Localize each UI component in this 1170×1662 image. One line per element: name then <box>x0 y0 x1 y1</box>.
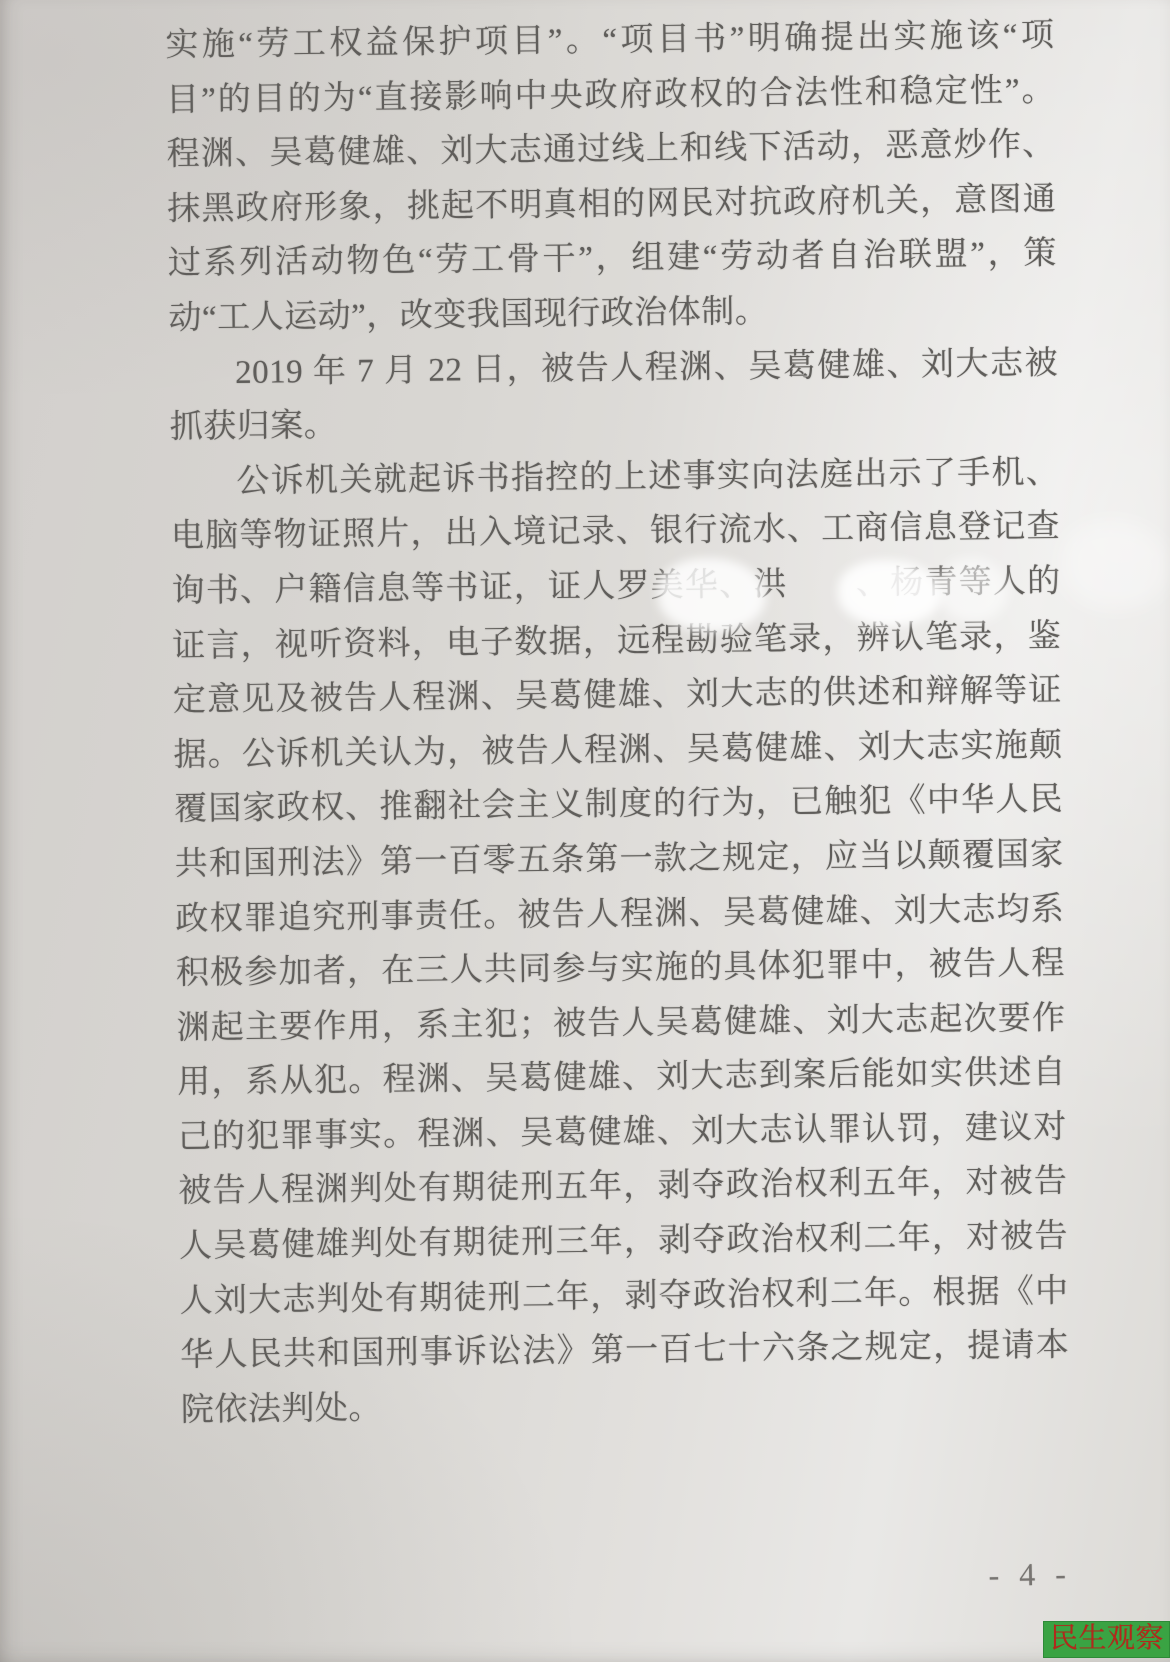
text-line: 抹黑政府形象，挑起不明真相的网民对抗政府机关，意图通 <box>167 172 1057 237</box>
text-line: 人刘大志判处有期徒刑二年，剥夺政治权利二年。根据《中 <box>179 1264 1069 1329</box>
text-line: 抓获归案。 <box>169 391 1059 456</box>
text-line: 过系列活动物色“劳工骨干”，组建“劳动者自治联盟”，策 <box>168 227 1058 292</box>
text-line: 渊起主要作用，系主犯；被告人吴葛健雄、刘大志起次要作 <box>176 991 1066 1056</box>
text-line: 华人民共和国刑事诉讼法》第一百七十六条之规定，提请本 <box>180 1319 1070 1384</box>
text-line: 积极参加者，在三人共同参与实施的具体犯罪中，被告人程 <box>176 937 1066 1002</box>
text-line: 用，系从犯。程渊、吴葛健雄、刘大志到案后能如实供述自 <box>177 1046 1067 1111</box>
page-number: - 4 - <box>183 1555 1073 1608</box>
text-line: 定意见及被告人程渊、吴葛健雄、刘大志的供述和辩解等证 <box>173 664 1063 729</box>
text-line: 被告人程渊判处有期徒刑五年，剥夺政治权利五年，对被告 <box>178 1155 1068 1220</box>
text-line: 院依法判处。 <box>181 1373 1071 1438</box>
text-line: 己的犯罪事实。程渊、吴葛健雄、刘大志认罪认罚，建议对 <box>178 1100 1068 1165</box>
text-line: 2019 年 7 月 22 日，被告人程渊、吴葛健雄、刘大志被 <box>169 336 1059 401</box>
watermark-badge: 民生观察 <box>1043 1621 1170 1658</box>
text-line: 共和国刑法》第一百零五条第一款之规定，应当以颠覆国家 <box>174 827 1064 892</box>
text-line: 动“工人运动”，改变我国现行政治体制。 <box>168 282 1058 347</box>
text-line: 据。公诉机关认为，被告人程渊、吴葛健雄、刘大志实施颠 <box>173 718 1063 783</box>
paper-sheet: 实施“劳工权益保护项目”。“项目书”明确提出实施该“项目”的目的为“直接影响中央… <box>0 0 1170 1662</box>
text-line: 电脑等物证照片，出入境记录、银行流水、工商信息登记查 <box>171 500 1061 565</box>
text-line: 覆国家政权、推翻社会主义制度的行为，已触犯《中华人民 <box>174 773 1064 838</box>
text-line: 实施“劳工权益保护项目”。“项目书”明确提出实施该“项 <box>165 9 1055 74</box>
photographed-document-page: 实施“劳工权益保护项目”。“项目书”明确提出实施该“项目”的目的为“直接影响中央… <box>0 0 1170 1662</box>
text-line: 人吴葛健雄判处有期徒刑三年，剥夺政治权利二年，对被告 <box>179 1210 1069 1275</box>
text-line: 询书、户籍信息等书证，证人罗美华、洪 、杨青等人的 <box>171 555 1061 620</box>
text-line: 公诉机关就起诉书指控的上述事实向法庭出示了手机、 <box>170 445 1060 510</box>
document-text: 实施“劳工权益保护项目”。“项目书”明确提出实施该“项目”的目的为“直接影响中央… <box>165 9 1070 1438</box>
text-line: 程渊、吴葛健雄、刘大志通过线上和线下活动，恶意炒作、 <box>166 118 1056 183</box>
text-line: 目”的目的为“直接影响中央政府政权的合法性和稳定性”。 <box>166 63 1056 128</box>
text-line: 证言，视听资料，电子数据，远程勘验笔录，辨认笔录，鉴 <box>172 609 1062 674</box>
text-line: 政权罪追究刑事责任。被告人程渊、吴葛健雄、刘大志均系 <box>175 882 1065 947</box>
